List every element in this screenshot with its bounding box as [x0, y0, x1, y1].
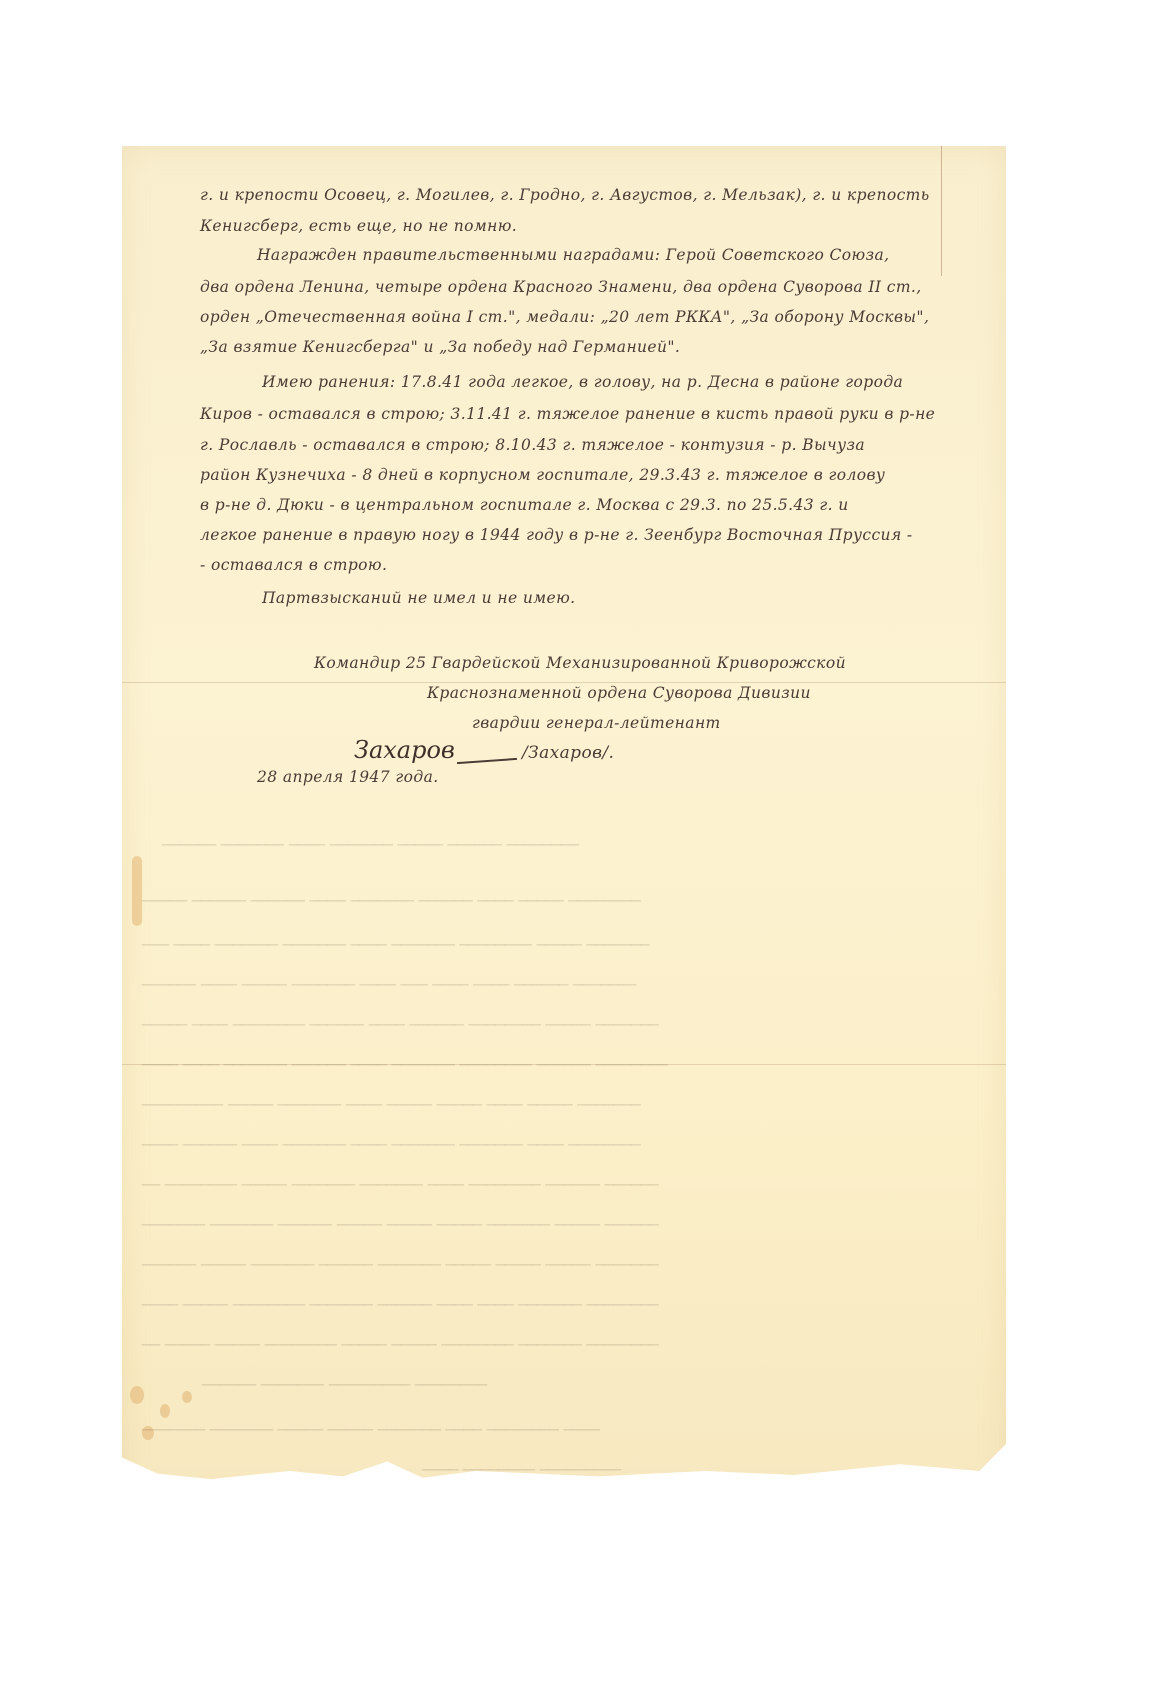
bleed-through-text: ───────── ──────── ────: [422, 1461, 621, 1479]
bleed-through-text: ──────── ─────── ──── ──── ────── ──────…: [142, 1296, 659, 1314]
stain: [130, 1386, 144, 1404]
text-line: орден „Отечественная война I ст.", медал…: [200, 308, 929, 326]
text-line: легкое ранение в правую ногу в 1944 году…: [200, 526, 913, 544]
bleed-through-text: ─────── ───── ───── ───── ─────── ──────…: [142, 1256, 659, 1274]
stain: [182, 1391, 192, 1403]
text-line: район Кузнечиха - 8 дней в корпусном гос…: [200, 466, 885, 484]
signature-title-line3: гвардии генерал-лейтенант: [472, 714, 721, 732]
text-line: г. Рославль - оставался в строю; 8.10.43…: [200, 436, 865, 454]
bleed-through-text: ────── ───── ─────── ───── ───── ───── ─…: [142, 1216, 659, 1234]
bleed-through-text: ─────── ────── ──── ──── ─── ──── ──────…: [142, 976, 636, 994]
text-line: Награжден правительственными наградами: …: [257, 246, 889, 264]
bleed-through-text: ──────── ───── ──── ────── ─────── ──── …: [142, 892, 641, 910]
text-line: Кенигсберг, есть еще, но не помню.: [200, 217, 517, 235]
printed-name: /Захаров/.: [522, 743, 614, 763]
document-date: 28 апреля 1947 года.: [257, 768, 439, 786]
text-line: в р-не д. Дюки - в центральном госпитале…: [200, 496, 849, 514]
fold-crease: [941, 146, 942, 276]
text-line: Партвзысканий не имел и не имею.: [262, 589, 575, 607]
bleed-through-text: ─────── ───── ──────── ────── ──── ─────…: [142, 1016, 659, 1034]
text-line: Киров - оставался в строю; 3.11.41 г. тя…: [200, 405, 935, 423]
text-line: „За взятие Кенигсберга" и „За победу над…: [200, 338, 680, 356]
fold-crease: [122, 682, 1006, 683]
bleed-through-text: ──────── ────── ──────── ─────── ──── ──…: [142, 1056, 668, 1074]
bleed-through-text: ─────── ───── ──── ───── ───── ──── ────…: [142, 1096, 641, 1114]
bleed-through-text: ──────── ────── ───── ─────── ──── ─────…: [162, 836, 579, 854]
bleed-through-text: ──────── ─────── ──────── ───── ───── ──…: [142, 1336, 659, 1354]
bleed-through-text: ────── ────── ──────── ──── ─────── ────…: [142, 1176, 659, 1194]
text-line: г. и крепости Осовец, г. Могилев, г. Гро…: [200, 186, 930, 204]
handwritten-signature: Захаров: [354, 736, 455, 764]
text-line: Имею ранения: 17.8.41 года легкое, в гол…: [262, 373, 903, 391]
bleed-through-text: ──────── ───────── ─────── ──────: [202, 1376, 487, 1394]
document-page: ──────── ────── ───── ─────── ──── ─────…: [122, 146, 1006, 1498]
text-line: два ордена Ленина, четыре ордена Красног…: [200, 278, 922, 296]
bleed-through-text: ──────── ──── ─────── ─────── ──── ─────…: [142, 1136, 641, 1154]
bleed-through-text: ──── ──────── ──── ─────── ───── ───── ─…: [142, 1421, 600, 1439]
stain: [132, 856, 142, 926]
signature-title-line1: Командир 25 Гвардейской Механизированной…: [314, 654, 846, 672]
text-line: - оставался в строю.: [200, 556, 387, 574]
bleed-through-text: ─────── ───── ──────── ─────── ──── ────…: [142, 936, 650, 954]
signature-underline: [457, 758, 517, 764]
signature-title-line2: Краснознаменной ордена Суворова Дивизии: [427, 684, 811, 702]
stain: [160, 1404, 170, 1418]
